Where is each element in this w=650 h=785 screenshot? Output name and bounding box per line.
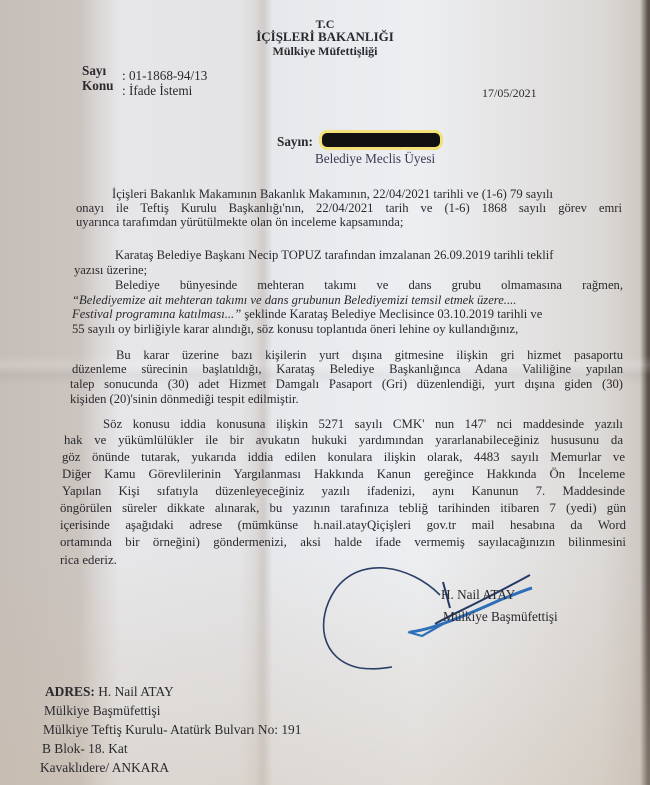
p3-quote-2: Festival programına katılması...” [72, 307, 241, 321]
address-label: ADRES: [45, 684, 95, 699]
redacted-name [322, 133, 440, 147]
p2-line-2: yazısı üzerine; [74, 262, 147, 278]
p5-line-6: öngörülen süreler dikkate alınarak, bu y… [60, 500, 626, 516]
salutation: Sayın: [277, 134, 313, 150]
address-line-1: Mülkiye Başmüfettişi [44, 703, 160, 719]
p5-line-9: rica ederiz. [60, 552, 117, 568]
p3-line-1: Belediye bünyesinde mehteran takımı ve d… [115, 277, 623, 293]
p4-line-3: talep sonucunda (30) adet Hizmet Damgalı… [70, 376, 623, 392]
p3-line-3b: şeklinde Karataş Belediye Meclisince 03.… [241, 307, 542, 321]
signature-title: Mülkiye Başmüfettişi [443, 609, 558, 625]
letter-date: 17/05/2021 [482, 85, 537, 101]
address-name: H. Nail ATAY [98, 684, 173, 699]
recipient-title: Belediye Meclis Üyesi [315, 151, 435, 167]
p5-line-3: göz önünde tutarak, yukarıda iddia edile… [62, 449, 625, 465]
p5-line-2: hak ve yükümlülükler ile bir avukatın hu… [64, 432, 623, 448]
p5-line-4: Diğer Kamu Görevlilerinin Yargılanması H… [62, 466, 625, 482]
p5-line-5: Yapılan Kişi sıfatıyla düzenleyeceğiniz … [62, 483, 625, 499]
address-line-2: Mülkiye Teftiş Kurulu- Atatürk Bulvarı N… [43, 722, 301, 738]
p1-line-3: uyarınca tarafımdan yürütülmekte olan ön… [76, 214, 403, 230]
p5-line-7: içerisinde aşağıdaki adrese (mümkünse h.… [60, 517, 626, 533]
sayi-value: : 01-1868-94/13 [122, 68, 207, 84]
p2-line-1: Karataş Belediye Başkanı Necip TOPUZ tar… [115, 247, 553, 263]
address-line-3: B Blok- 18. Kat [42, 741, 128, 757]
konu-label: Konu [82, 78, 114, 94]
address-line-4: Kavaklıdere/ ANKARA [40, 760, 169, 776]
p5-line-1: Söz konusu iddia konusuna ilişkin 5271 s… [103, 416, 623, 432]
header-department: Mülkiye Müfettişliği [0, 43, 650, 59]
p4-line-4: kişiden (20)'sinin dönmediği tespit edil… [70, 391, 299, 407]
sayi-label: Sayı [82, 63, 106, 79]
signature-name: H. Nail ATAY [441, 587, 515, 603]
p5-line-8: ortamında bir örneğini) göndermenizi, ak… [60, 534, 626, 550]
p3-line-4: 55 sayılı oy birliğiyle karar alındığı, … [72, 321, 518, 337]
konu-value: : İfade İstemi [122, 83, 192, 99]
p4-line-2: düzenleme sürecinin başlatıldığı, Karata… [72, 361, 623, 377]
